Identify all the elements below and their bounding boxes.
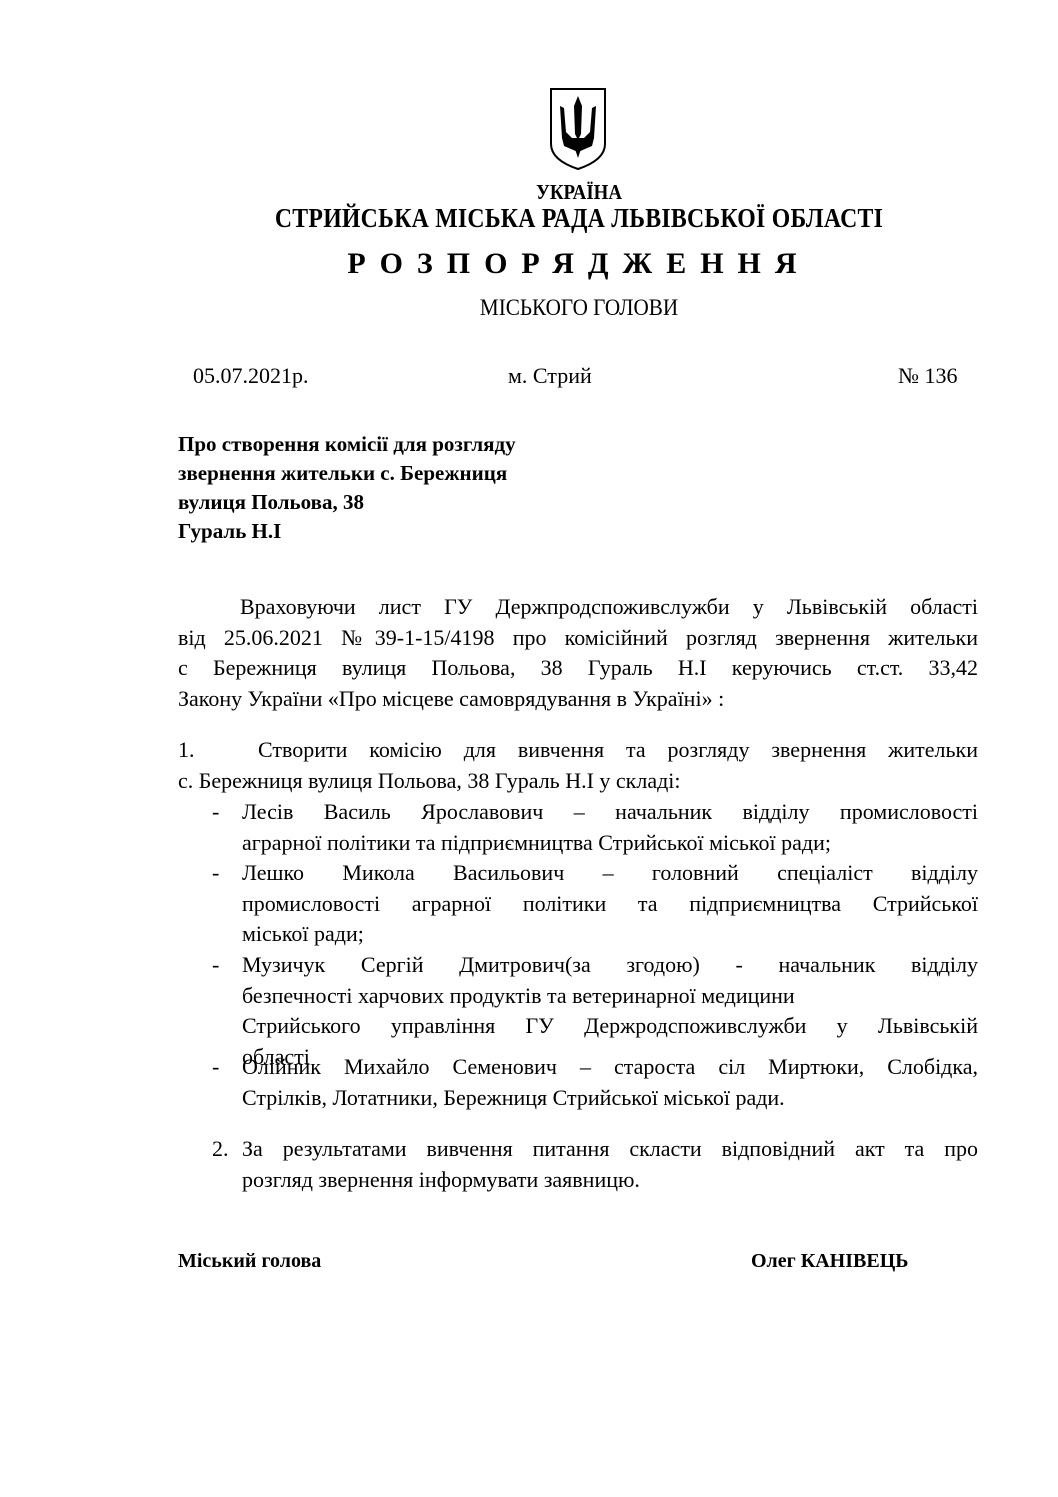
member-item: - Лешко Микола Васильович – головний спе… — [212, 858, 978, 950]
item-text: За результатами вивчення питання скласти… — [242, 1134, 978, 1165]
member-line: Лесів Василь Ярославович – начальник від… — [242, 797, 978, 828]
preamble-line: Враховуючи лист ГУ Держпродспоживслужби … — [178, 592, 978, 623]
item-text: розгляд звернення інформувати заявницю. — [242, 1165, 978, 1196]
member-line: безпечності харчових продуктів та ветери… — [242, 981, 978, 1012]
subject-line: вулиця Польова, 38 — [178, 488, 516, 517]
item-text: Створити комісію для вивчення та розгляд… — [258, 735, 978, 766]
member-line: промисловості аграрної політики та підпр… — [242, 889, 978, 920]
document-number: № 136 — [898, 363, 958, 389]
issuer-heading: МІСЬКОГО ГОЛОВИ — [46, 295, 1058, 321]
preamble-line: с Бережниця вулиця Польова, 38 Гураль Н.… — [178, 653, 978, 684]
order-item-1: 1. Створити комісію для вивчення та розг… — [178, 735, 978, 796]
member-item: - Олійник Михайло Семенович – староста с… — [212, 1052, 978, 1113]
council-heading: СТРИЙСЬКА МІСЬКА РАДА ЛЬВІВСЬКОЇ ОБЛАСТІ — [69, 203, 1058, 234]
item-number: 1. — [178, 735, 195, 766]
document-city: м. Стрий — [508, 363, 592, 389]
dash-marker: - — [212, 858, 219, 889]
member-line: Лешко Микола Васильович – головний спеці… — [242, 858, 978, 889]
item-text: с. Бережниця вулиця Польова, 38 Гураль Н… — [178, 766, 978, 797]
member-line: міської ради; — [242, 919, 978, 950]
preamble-line: Закону України «Про місцеве самоврядуван… — [178, 684, 978, 715]
subject-block: Про створення комісії для розгляду зверн… — [178, 430, 516, 546]
member-line: Стрілків, Лотатники, Бережниця Стрийсько… — [242, 1083, 978, 1114]
coat-of-arms-icon — [548, 86, 608, 172]
member-line: Олійник Михайло Семенович – староста сіл… — [242, 1052, 978, 1083]
document-type-heading: РОЗПОРЯДЖЕННЯ — [0, 247, 1058, 281]
country-heading: УКРАЇНА — [58, 180, 1058, 205]
item-number: 2. — [212, 1134, 229, 1165]
member-line: аграрної політики та підприємництва Стри… — [242, 828, 978, 859]
document-page: УКРАЇНА СТРИЙСЬКА МІСЬКА РАДА ЛЬВІВСЬКОЇ… — [0, 0, 1058, 1497]
member-line: Стрийського управління ГУ Держродспоживс… — [242, 1011, 978, 1042]
order-item-2: 2. За результатами вивчення питання скла… — [212, 1134, 978, 1195]
preamble-paragraph: Враховуючи лист ГУ Держпродспоживслужби … — [178, 592, 978, 714]
signatory-name: Олег КАНІВЕЦЬ — [751, 1250, 908, 1273]
dash-marker: - — [212, 797, 219, 828]
dash-marker: - — [212, 1052, 219, 1083]
member-item: - Лесів Василь Ярославович – начальник в… — [212, 797, 978, 858]
document-date: 05.07.2021р. — [193, 363, 309, 389]
subject-line: Гураль Н.І — [178, 517, 516, 546]
dash-marker: - — [212, 950, 219, 981]
signatory-title: Міський голова — [178, 1250, 321, 1273]
subject-line: Про створення комісії для розгляду — [178, 430, 516, 459]
member-line: Музичук Сергій Дмитрович(за згодою) - на… — [242, 950, 978, 981]
preamble-line: від 25.06.2021 №39-1-15/4198 про комісій… — [178, 623, 978, 654]
subject-line: звернення жительки с. Бережниця — [178, 459, 516, 488]
